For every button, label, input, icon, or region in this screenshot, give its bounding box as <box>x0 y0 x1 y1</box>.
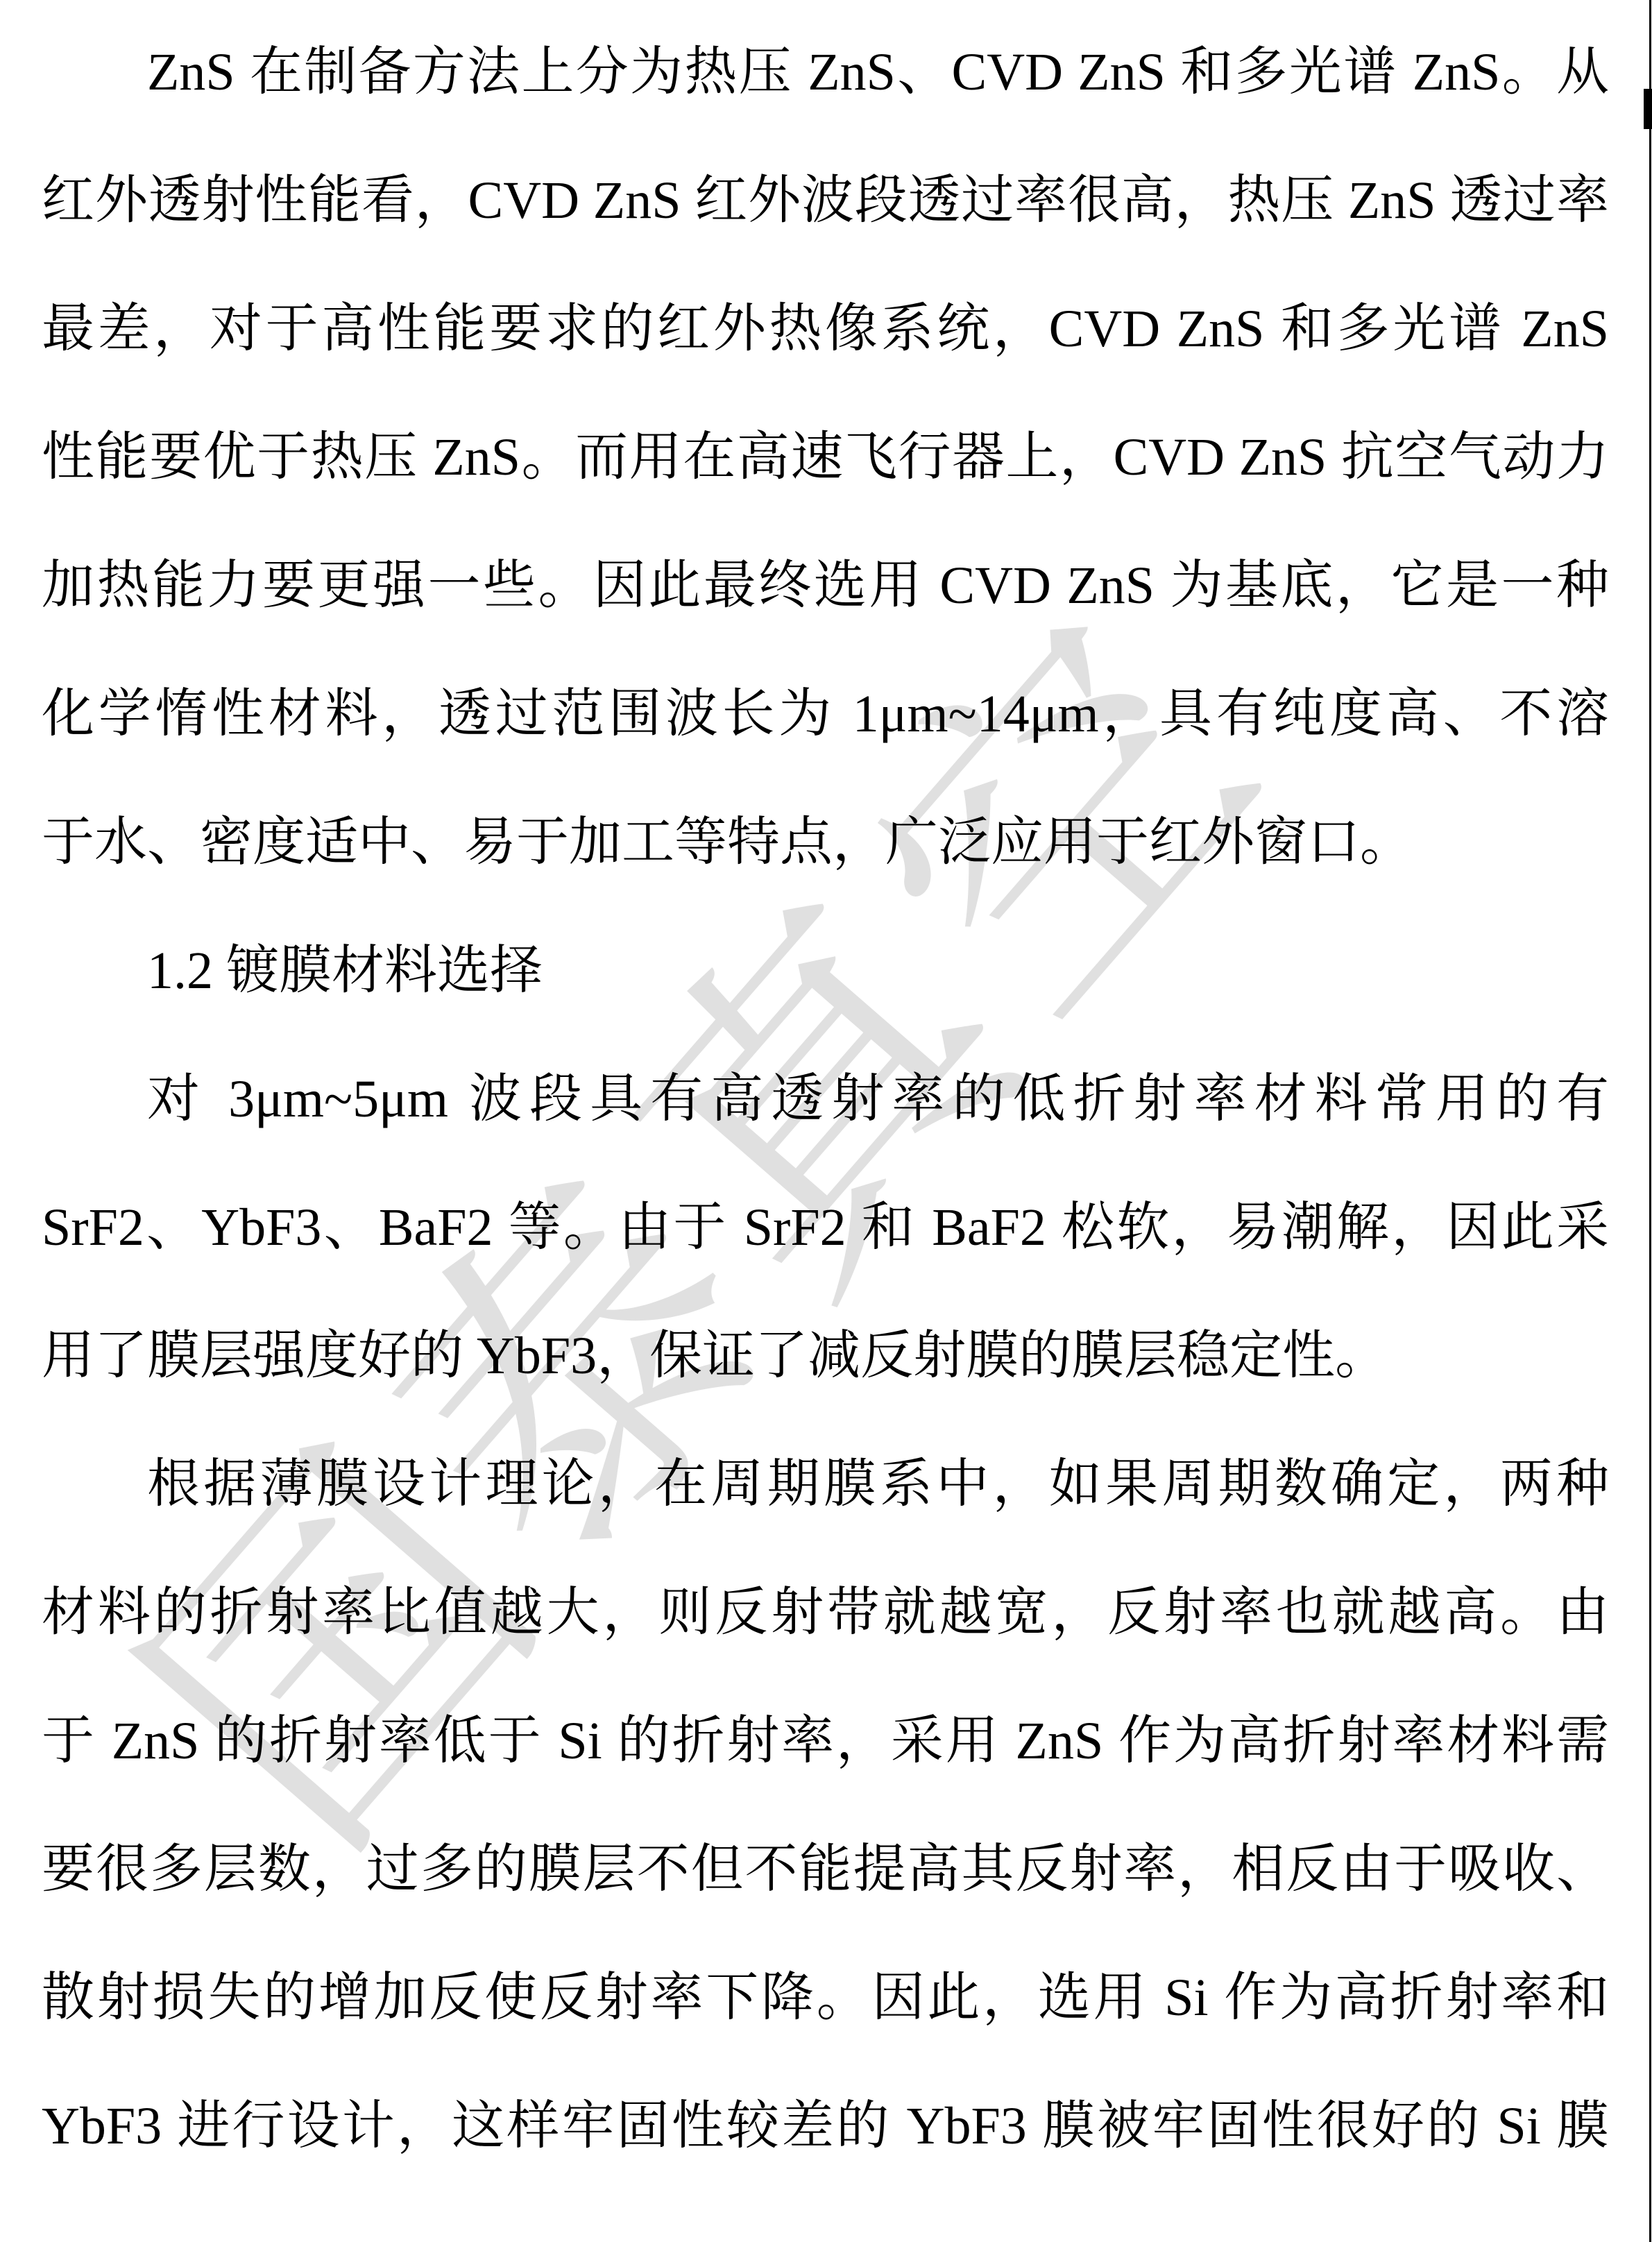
text-line: 于水、密度适中、易于加工等特点，广泛应用于红外窗口。 <box>42 779 1609 907</box>
scan-artifact-edge-notch <box>1644 89 1652 129</box>
text-line: 最差，对于高性能要求的红外热像系统，CVD ZnS 和多光谱 ZnS <box>42 265 1609 393</box>
text-line: YbF3 进行设计，这样牢固性较差的 YbF3 膜被牢固性很好的 Si 膜 <box>42 2062 1609 2191</box>
text-line: SrF2、YbF3、BaF2 等。由于 SrF2 和 BaF2 松软，易潮解，因… <box>42 1164 1609 1292</box>
text-line: 性能要优于热压 ZnS。而用在高速飞行器上，CVD ZnS 抗空气动力 <box>42 393 1609 522</box>
text-line: 于 ZnS 的折射率低于 Si 的折射率，采用 ZnS 作为高折射率材料需 <box>42 1677 1609 1806</box>
text-line: 对 3μm~5μm 波段具有高透射率的低折射率材料常用的有 <box>42 1035 1609 1164</box>
text-line: 红外透射性能看，CVD ZnS 红外波段透过率很高，热压 ZnS 透过率 <box>42 137 1609 265</box>
text-line: 材料的折射率比值越大，则反射带就越宽，反射率也就越高。由 <box>42 1549 1609 1677</box>
text-line: 化学惰性材料，透过范围波长为 1μm~14μm，具有纯度高、不溶 <box>42 650 1609 779</box>
text-line: ZnS 在制备方法上分为热压 ZnS、CVD ZnS 和多光谱 ZnS。从 <box>42 8 1609 137</box>
text-line: 根据薄膜设计理论，在周期膜系中，如果周期数确定，两种 <box>42 1420 1609 1549</box>
scan-artifact-edge-line <box>1649 0 1651 2242</box>
text-line: 散射损失的增加反使反射率下降。因此，选用 Si 作为高折射率和 <box>42 1934 1609 2062</box>
document-page: 国泰真空 ZnS 在制备方法上分为热压 ZnS、CVD ZnS 和多光谱 ZnS… <box>0 0 1652 2242</box>
text-line: 加热能力要更强一些。因此最终选用 CVD ZnS 为基底，它是一种 <box>42 522 1609 650</box>
text-line: 用了膜层强度好的 YbF3，保证了减反射膜的膜层稳定性。 <box>42 1292 1609 1420</box>
text-line: 要很多层数，过多的膜层不但不能提高其反射率，相反由于吸收、 <box>42 1806 1609 1934</box>
section-heading: 1.2 镀膜材料选择 <box>42 907 1609 1035</box>
document-text-block: ZnS 在制备方法上分为热压 ZnS、CVD ZnS 和多光谱 ZnS。从 红外… <box>42 8 1609 2191</box>
